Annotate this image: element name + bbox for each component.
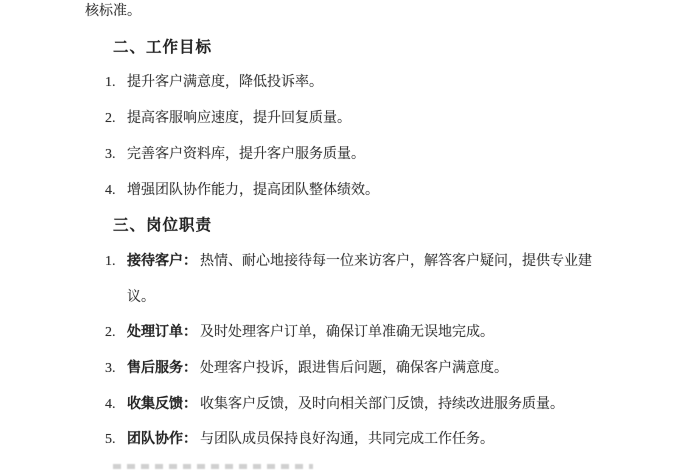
list-item: 3. 售后服务：处理客户投诉，跟进售后问题，确保客户满意度。 (105, 351, 700, 387)
item-number: 4. (105, 173, 127, 209)
list-item: 2. 处理订单：及时处理客户订单，确保订单准确无误地完成。 (105, 315, 700, 351)
item-body: 收集反馈：收集客户反馈，及时向相关部门反馈，持续改进服务质量。 (127, 387, 611, 423)
item-number: 2. (105, 315, 127, 351)
document-body: 核标准。 二、工作目标 1. 提升客户满意度，降低投诉率。 2. 提高客服响应速… (0, 0, 700, 458)
section-heading-job-duties: 三、岗位职责 (113, 208, 700, 244)
item-number: 1. (105, 244, 127, 315)
item-number: 3. (105, 137, 127, 173)
item-label: 团队协作： (127, 432, 200, 447)
list-item: 4. 收集反馈：收集客户反馈，及时向相关部门反馈，持续改进服务质量。 (105, 387, 700, 423)
item-label: 售后服务： (127, 361, 200, 376)
item-label: 处理订单： (127, 325, 200, 340)
section-heading-work-goals: 二、工作目标 (113, 30, 700, 66)
item-text: 提高客服响应速度，提升回复质量。 (127, 101, 611, 137)
item-text: 处理客户投诉，跟进售后问题，确保客户满意度。 (200, 361, 508, 376)
list-item: 3. 完善客户资料库，提升客户服务质量。 (105, 137, 700, 173)
continuation-line: 核标准。 (85, 0, 700, 30)
list-item: 2. 提高客服响应速度，提升回复质量。 (105, 101, 700, 137)
document-page: 核标准。 二、工作目标 1. 提升客户满意度，降低投诉率。 2. 提高客服响应速… (0, 0, 700, 470)
item-body: 处理订单：及时处理客户订单，确保订单准确无误地完成。 (127, 315, 611, 351)
list-item: 1. 提升客户满意度，降低投诉率。 (105, 65, 700, 101)
item-label: 收集反馈： (127, 397, 200, 412)
item-number: 3. (105, 351, 127, 387)
list-item: 4. 增强团队协作能力，提高团队整体绩效。 (105, 173, 700, 209)
item-body: 售后服务：处理客户投诉，跟进售后问题，确保客户满意度。 (127, 351, 611, 387)
item-text: 与团队成员保持良好沟通，共同完成工作任务。 (200, 432, 494, 447)
item-text: 及时处理客户订单，确保订单准确无误地完成。 (200, 325, 494, 340)
item-text: 完善客户资料库，提升客户服务质量。 (127, 137, 611, 173)
list-item: 5. 团队协作：与团队成员保持良好沟通，共同完成工作任务。 (105, 422, 700, 458)
item-text: 提升客户满意度，降低投诉率。 (127, 65, 611, 101)
item-number: 5. (105, 422, 127, 458)
item-body: 团队协作：与团队成员保持良好沟通，共同完成工作任务。 (127, 422, 611, 458)
list-item: 1. 接待客户：热情、耐心地接待每一位来访客户，解答客户疑问，提供专业建议。 (105, 244, 700, 315)
item-text: 收集客户反馈，及时向相关部门反馈，持续改进服务质量。 (200, 397, 564, 412)
item-text: 增强团队协作能力，提高团队整体绩效。 (127, 173, 611, 209)
clipped-next-line (113, 464, 313, 469)
item-number: 2. (105, 101, 127, 137)
item-number: 4. (105, 387, 127, 423)
item-body: 接待客户：热情、耐心地接待每一位来访客户，解答客户疑问，提供专业建议。 (127, 244, 611, 315)
item-label: 接待客户： (127, 254, 200, 269)
item-number: 1. (105, 65, 127, 101)
